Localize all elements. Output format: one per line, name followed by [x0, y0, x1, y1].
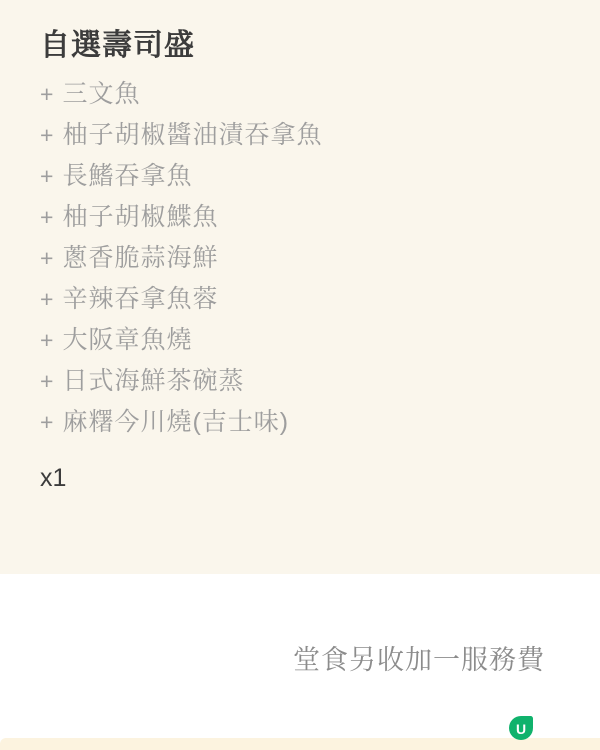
- brand-logo-icon: U: [509, 716, 533, 740]
- addon-item: + 大阪章魚燒: [40, 320, 560, 361]
- addon-label: 三文魚: [62, 82, 140, 107]
- addon-item: + 柚子胡椒鰈魚: [40, 197, 560, 238]
- order-item-title: 自選壽司盛: [40, 28, 560, 64]
- addon-label: 柚子胡椒醬油漬吞拿魚: [62, 123, 322, 148]
- addon-item: + 蔥香脆蒜海鮮: [40, 238, 560, 279]
- addon-label: 蔥香脆蒜海鮮: [62, 246, 218, 271]
- addon-item: + 麻糬今川燒(吉士味): [40, 402, 560, 443]
- plus-icon: +: [40, 370, 53, 393]
- addon-item: + 日式海鮮茶碗蒸: [40, 361, 560, 402]
- plus-icon: +: [40, 124, 53, 147]
- addon-label: 柚子胡椒鰈魚: [62, 205, 218, 230]
- plus-icon: +: [40, 247, 53, 270]
- addon-list: + 三文魚 + 柚子胡椒醬油漬吞拿魚 + 長鰭吞拿魚 + 柚子胡椒鰈魚 + 蔥香…: [40, 74, 560, 443]
- brand-logo-letter: U: [516, 722, 526, 736]
- plus-icon: +: [40, 165, 53, 188]
- addon-label: 長鰭吞拿魚: [62, 164, 192, 189]
- footer-strip: [0, 738, 600, 750]
- addon-label: 日式海鮮茶碗蒸: [62, 369, 244, 394]
- quantity-label: x1: [40, 464, 560, 493]
- plus-icon: +: [40, 411, 53, 434]
- addon-label: 辛辣吞拿魚蓉: [62, 287, 218, 312]
- addon-item: + 長鰭吞拿魚: [40, 156, 560, 197]
- addon-label: 麻糬今川燒(吉士味): [62, 410, 289, 435]
- order-summary-section: 自選壽司盛 + 三文魚 + 柚子胡椒醬油漬吞拿魚 + 長鰭吞拿魚 + 柚子胡椒鰈…: [0, 0, 600, 574]
- addon-item: + 三文魚: [40, 74, 560, 115]
- service-charge-note: 堂食另收加一服務費: [293, 638, 545, 677]
- plus-icon: +: [40, 329, 53, 352]
- addon-item: + 柚子胡椒醬油漬吞拿魚: [40, 115, 560, 156]
- lower-section: 堂食另收加一服務費: [0, 574, 600, 738]
- addon-label: 大阪章魚燒: [62, 328, 192, 353]
- plus-icon: +: [40, 288, 53, 311]
- plus-icon: +: [40, 206, 53, 229]
- addon-item: + 辛辣吞拿魚蓉: [40, 279, 560, 320]
- plus-icon: +: [40, 83, 53, 106]
